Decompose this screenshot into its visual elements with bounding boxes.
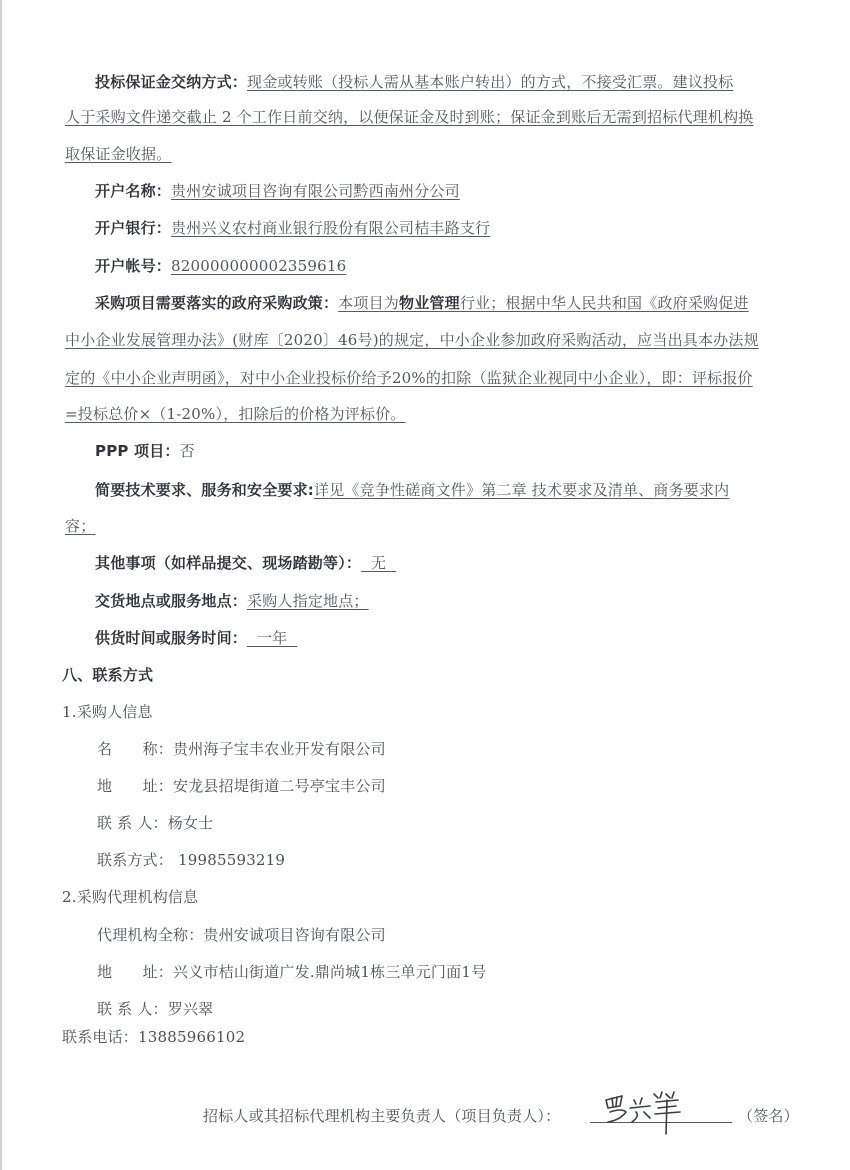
purchaser-heading-text: 1.采购人信息 [62,703,153,721]
ppp-label: PPP 项目： [95,442,180,460]
policy-text-2: 中小企业发展管理办法》(财库〔2020〕46号)的规定，中小企业参加政府采购活动… [65,331,759,349]
purchaser-phone-row: 联系方式： 19985593219 [97,850,285,870]
deposit-text-2: 人于采购文件递交截止 2 个工作日前交纳，以便保证金及时到账；保证金到账后无需到… [65,108,753,126]
other-label: 其他事项（如样品提交、现场踏勘等）： [95,554,361,572]
purchaser-phone-value: 19985593219 [173,851,285,869]
supply-time-label: 供货时间或服务时间： [95,629,247,647]
agency-name-label: 代理机构全称： [97,926,203,944]
account-bank-row: 开户银行：贵州兴义农村商业银行股份有限公司桔丰路支行 [95,218,490,238]
agency-address-label: 地 址： [97,963,173,981]
signature-suffix: （签名） [738,1107,799,1125]
ppp-row: PPP 项目：否 [95,441,195,461]
agency-name-value: 贵州安诚项目咨询有限公司 [203,926,385,944]
tech-line-2: 容； [65,516,95,536]
other-row: 其他事项（如样品提交、现场踏勘等）： 无 [95,553,396,573]
agency-address-value: 兴义市桔山街道广发.鼎尚城1栋三单元门面1号 [173,963,486,981]
agency-name-row: 代理机构全称：贵州安诚项目咨询有限公司 [97,925,386,945]
purchaser-address-label: 地 址： [97,777,173,795]
purchaser-name-label: 名 称： [97,740,173,758]
page-edge [0,0,2,1170]
tech-text-2: 容； [65,517,95,535]
account-name-row: 开户名称：贵州安诚项目咨询有限公司黔西南州分公司 [95,181,460,201]
agency-phone-value: 13885966102 [138,1028,245,1046]
purchaser-phone-label: 联系方式： [97,851,173,869]
signature-label-row: 招标人或其招标代理机构主要负责人（项目负责人）： [203,1106,560,1126]
purchaser-person-label: 联 系 人： [97,814,168,832]
agency-person-row: 联 系 人：罗兴翠 [97,999,213,1019]
policy-label: 采购项目需要落实的政府采购政策： [95,294,338,312]
account-bank-value: 贵州兴义农村商业银行股份有限公司桔丰路支行 [171,219,490,237]
contact-heading: 八、联系方式 [62,665,153,685]
agency-phone-label: 联系电话： [62,1028,138,1046]
account-bank-label: 开户银行： [95,219,171,237]
agency-heading: 2.采购代理机构信息 [62,887,198,907]
deposit-label: 投标保证金交纳方式： [95,73,247,91]
signature-label: 招标人或其招标代理机构主要负责人（项目负责人）： [203,1107,560,1125]
account-number-row: 开户帐号：820000000002359616 [95,256,346,276]
delivery-label: 交货地点或服务地点： [95,592,247,610]
deposit-line-2: 人于采购文件递交截止 2 个工作日前交纳，以便保证金及时到账；保证金到账后无需到… [65,107,753,127]
deposit-text-3: 取保证金收据。 [65,145,171,163]
contact-heading-text: 八、联系方式 [62,666,153,684]
policy-line-4: =投标总价×（1-20%），扣除后的价格为评标价。 [65,404,406,424]
ppp-value: 否 [180,442,195,460]
policy-line-2: 中小企业发展管理办法》(财库〔2020〕46号)的规定，中小企业参加政府采购活动… [65,330,759,350]
agency-address-row: 地 址：兴义市桔山街道广发.鼎尚城1栋三单元门面1号 [97,962,486,982]
purchaser-person-row: 联 系 人：杨女士 [97,813,213,833]
purchaser-person-value: 杨女士 [168,814,214,832]
agency-heading-text: 2.采购代理机构信息 [62,888,198,906]
account-name-label: 开户名称： [95,182,171,200]
signature-suffix-row: （签名） [738,1106,799,1126]
agency-person-value: 罗兴翠 [168,1000,214,1018]
policy-line-1: 采购项目需要落实的政府采购政策：本项目为物业管理行业；根据中华人民共和国《政府采… [95,293,749,313]
policy-text-1b: 行业；根据中华人民共和国《政府采购促进 [460,294,749,312]
tech-label: 简要技术要求、服务和安全要求: [95,481,314,499]
purchaser-heading: 1.采购人信息 [62,702,153,722]
tech-text-1: 详见《竞争性磋商文件》第二章 技术要求及清单、商务要求内 [314,481,729,499]
policy-text-1a: 本项目为 [338,294,399,312]
policy-text-3: 定的《中小企业声明函》，对中小企业投标价给予20%的扣除（监狱企业视同中小企业）… [65,369,753,387]
purchaser-address-value: 安龙县招堤街道二号亭宝丰公司 [173,777,386,795]
deposit-line-1: 投标保证金交纳方式：现金或转账（投标人需从基本账户转出）的方式，不接受汇票。建议… [95,72,733,92]
deposit-text-1: 现金或转账（投标人需从基本账户转出）的方式，不接受汇票。建议投标 [247,73,733,91]
account-number-label: 开户帐号： [95,257,171,275]
supply-time-value: 一年 [247,629,297,647]
purchaser-name-value: 贵州海子宝丰农业开发有限公司 [173,740,386,758]
delivery-value: 采购人指定地点； [247,592,369,610]
handwritten-signature-icon [600,1086,690,1136]
policy-line-3: 定的《中小企业声明函》，对中小企业投标价给予20%的扣除（监狱企业视同中小企业）… [65,368,753,388]
deposit-line-3: 取保证金收据。 [65,144,171,164]
purchaser-name-row: 名 称：贵州海子宝丰农业开发有限公司 [97,739,386,759]
other-value: 无 [361,554,396,572]
policy-industry: 物业管理 [399,294,460,312]
supply-time-row: 供货时间或服务时间： 一年 [95,628,297,648]
agency-phone-row: 联系电话：13885966102 [62,1027,245,1047]
purchaser-address-row: 地 址：安龙县招堤街道二号亭宝丰公司 [97,776,386,796]
account-number-value: 820000000002359616 [171,257,346,275]
tech-line-1: 简要技术要求、服务和安全要求:详见《竞争性磋商文件》第二章 技术要求及清单、商务… [95,480,729,500]
agency-person-label: 联 系 人： [97,1000,168,1018]
delivery-row: 交货地点或服务地点：采购人指定地点； [95,591,369,611]
policy-text-4: =投标总价×（1-20%），扣除后的价格为评标价。 [65,405,406,423]
account-name-value: 贵州安诚项目咨询有限公司黔西南州分公司 [171,182,460,200]
